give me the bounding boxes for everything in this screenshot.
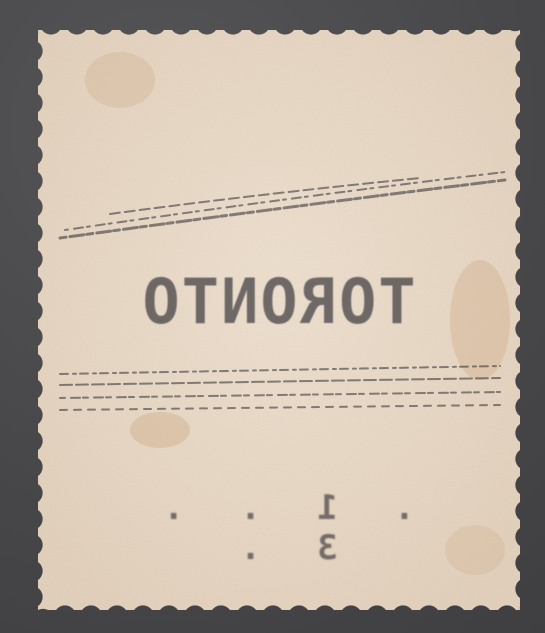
mirrored-cancellation-text: TORONTO [128, 262, 428, 342]
mirrored-lower-marks: . 1 . . 3 . [140, 488, 420, 528]
